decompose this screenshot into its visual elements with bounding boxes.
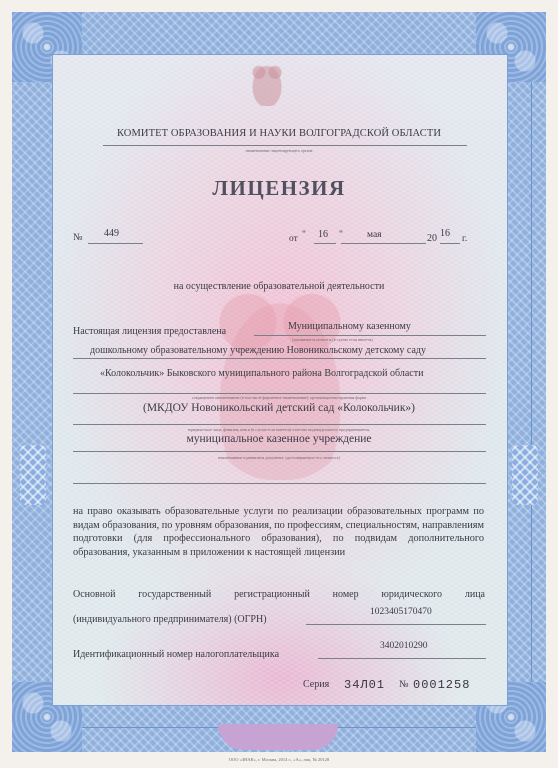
inn-label: Идентификационный номер налогоплательщик… — [73, 649, 279, 660]
ogrn-value: 1023405170470 — [370, 607, 432, 617]
month-underline — [341, 243, 426, 244]
licensee-legal-form: муниципальное казенное учреждение — [0, 433, 558, 445]
date-day: 16 — [318, 229, 328, 240]
licensee-line-2: дошкольному образовательному учреждению … — [90, 345, 426, 356]
date-year-unit: г. — [462, 234, 467, 244]
number-label: № — [73, 232, 83, 243]
knot-ornament-right — [512, 445, 538, 505]
ogrn-label-line-2: (индивидуального предпринимателя) (ОГРН) — [73, 614, 267, 625]
knot-ornament-left — [20, 445, 46, 505]
authority-caption: наименование лицензирующего органа — [0, 148, 558, 153]
date-month: мая — [367, 230, 382, 240]
series-number-label: № — [399, 679, 409, 690]
day-underline — [314, 243, 336, 244]
authority-underline — [103, 145, 467, 146]
licensee-caption-2: сокращенное наименование (в том числе фи… — [0, 395, 558, 400]
licensee-line-3: «Колокольчик» Быковского муниципального … — [100, 368, 423, 379]
granted-label: Настоящая лицензия предоставлена — [73, 326, 226, 337]
activity-description: на осуществление образовательной деятель… — [0, 281, 558, 292]
licensee-line-1-rule — [254, 335, 486, 336]
license-number: 449 — [104, 228, 119, 239]
inn-value: 3402010290 — [380, 641, 428, 651]
licensee-line-3-rule — [73, 393, 486, 394]
licensee-line-6-rule — [73, 483, 486, 484]
issuing-authority: КОМИТЕТ ОБРАЗОВАНИЯ И НАУКИ ВОЛГОГРАДСКО… — [0, 128, 558, 139]
number-underline — [88, 243, 143, 244]
date-year-suffix: 16 — [440, 228, 450, 239]
ogrn-underline — [306, 624, 486, 625]
rights-paragraph: на право оказывать образовательные услуг… — [73, 505, 484, 559]
year-underline — [440, 243, 460, 244]
license-document: КОМИТЕТ ОБРАЗОВАНИЯ И НАУКИ ВОЛГОГРАДСКО… — [0, 0, 558, 768]
series-value: 34Л01 — [344, 678, 385, 692]
licensee-line-1: Муниципальному казенному — [288, 321, 411, 332]
document-title: ЛИЦЕНЗИЯ — [0, 176, 558, 201]
licensee-line-4-rule — [73, 424, 486, 425]
licensee-caption-4: наименование и реквизиты документа, удос… — [0, 455, 558, 460]
licensee-caption-1: (указываются полное и (в случае если име… — [292, 337, 373, 342]
bottom-oval-ornament — [218, 724, 338, 750]
inn-underline — [318, 658, 486, 659]
licensee-line-5-rule — [73, 451, 486, 452]
printer-note: ООО «ЗНАК», г. Москва, 2014 г., «А», лиц… — [0, 757, 558, 762]
coat-of-arms-icon — [247, 58, 287, 106]
licensee-caption-3: юридического лица, фамилия, имя и (в слу… — [0, 427, 558, 432]
series-label: Серия — [303, 679, 329, 690]
licensee-line-2-rule — [73, 358, 486, 359]
series-number: 0001258 — [413, 678, 470, 692]
date-year-prefix: 20 — [427, 233, 437, 244]
licensee-short-name: (МКДОУ Новоникольский детский сад «Колок… — [0, 402, 558, 414]
date-from-label: от — [289, 234, 298, 244]
ogrn-label-line-1: Основной государственный регистрационный… — [73, 589, 485, 600]
